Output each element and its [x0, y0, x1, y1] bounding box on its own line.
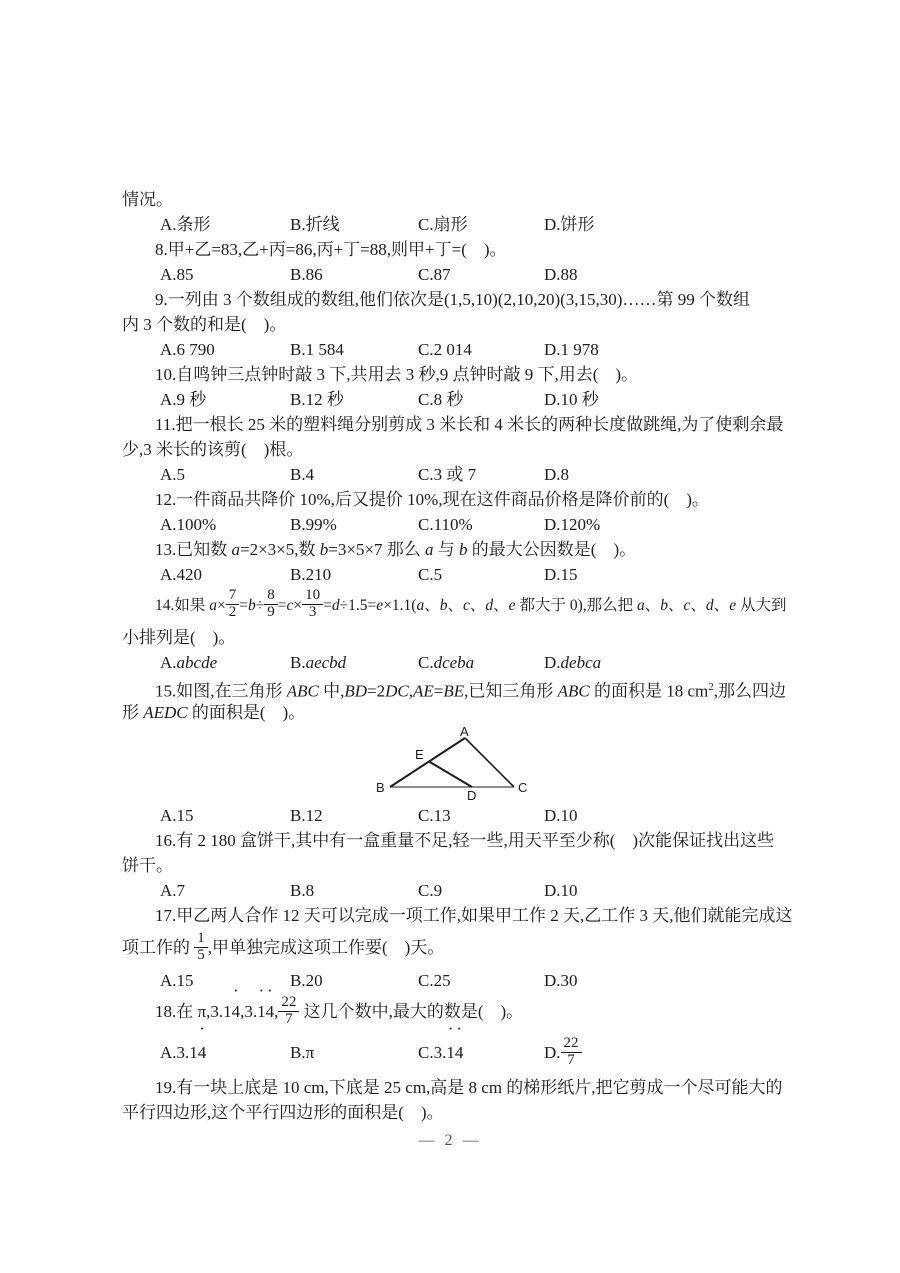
text-run: =3×5×7 那么	[328, 540, 425, 559]
option-B: B.8	[290, 878, 314, 903]
numerator: 10	[302, 588, 323, 604]
text-run: 、	[424, 597, 440, 614]
text-run: A.15	[160, 806, 194, 825]
text-run: 12.一件商品共降价 10%,后又提价 10%,现在这件商品价格是降价前的( )…	[155, 490, 709, 509]
option-B: B.12 秒	[290, 387, 344, 412]
text-run: ÷	[256, 597, 265, 614]
option-D: D.88	[544, 262, 578, 287]
math-variable: b	[320, 540, 329, 559]
option-A: A.5	[160, 462, 185, 487]
math-variable: d	[485, 597, 493, 614]
option-C: C.87	[418, 262, 451, 287]
q17-options: A.15B.20C.25D.30	[122, 968, 790, 993]
text-run: 11.把一根长 25 米的塑料绳分别剪成 3 米长和 4 米长的两种长度做跳绳,…	[155, 415, 783, 434]
numerator: 22	[278, 995, 299, 1011]
vertex-label-C: C	[518, 780, 527, 795]
text-run: B.π	[290, 1043, 314, 1062]
option-A: A.条形	[160, 212, 211, 237]
text-run: ×	[217, 597, 226, 614]
text-run: 14.如果	[155, 597, 209, 614]
text-run: 这几个数中,最大的数是( )。	[299, 1002, 523, 1021]
option-C: C.5	[418, 562, 442, 587]
repeating-decimal-digit: 1	[257, 993, 266, 1031]
text-run: D.30	[544, 971, 578, 990]
math-variable: AEDC	[143, 703, 187, 722]
q17-line1: 17.甲乙两人合作 12 天可以完成一项工作,如果甲工作 2 天,乙工作 3 天…	[122, 903, 790, 928]
page-number: — 2 —	[0, 1132, 900, 1150]
repeating-decimal-digit: 4	[455, 1031, 464, 1075]
option-C: C.110%	[418, 512, 473, 537]
text-run: C.8 秒	[418, 390, 463, 409]
numerator: 22	[561, 1036, 582, 1052]
text-run: D.88	[544, 265, 578, 284]
text-run: B.折线	[290, 215, 340, 234]
text-run: 与	[434, 540, 460, 559]
option-D: D.8	[544, 462, 569, 487]
text-run: 16.有 2 180 盒饼干,其中有一盒重量不足,轻一些,用天平至少称( )次能…	[155, 831, 774, 850]
q11-line1: 11.把一根长 25 米的塑料绳分别剪成 3 米长和 4 米长的两种长度做跳绳,…	[122, 412, 790, 437]
math-variable: b	[660, 597, 668, 614]
text-run: C.	[418, 653, 434, 672]
text-run: D.10	[544, 881, 578, 900]
option-D: D.10	[544, 803, 578, 828]
text-run: B.20	[290, 971, 323, 990]
text-run: 都大于 0),那么把	[516, 597, 637, 614]
q11-line2: 少,3 米长的该剪( )根。	[122, 437, 790, 462]
fraction: 103	[302, 588, 323, 621]
text-run: D.	[544, 1043, 561, 1062]
vertex-label-E: E	[415, 747, 424, 762]
fraction: 227	[561, 1036, 582, 1069]
side-AC	[465, 738, 514, 787]
math-variable: DC	[385, 682, 409, 701]
repeating-decimal-digit: 4	[232, 993, 241, 1031]
text-run: =	[434, 682, 444, 701]
option-D: D.120%	[544, 512, 600, 537]
math-variable: dceba	[434, 653, 475, 672]
denominator: 7	[561, 1052, 582, 1069]
text-run: A.5	[160, 465, 185, 484]
math-variable: a	[637, 597, 645, 614]
option-B: B.1 584	[290, 337, 344, 362]
text-run: A.15	[160, 971, 194, 990]
repeating-decimal-digit: 4	[198, 1031, 207, 1075]
text-run: B.12 秒	[290, 390, 344, 409]
text-run: 少,3 米长的该剪( )根。	[122, 440, 303, 459]
text-run: 8.甲+乙=83,乙+丙=86,丙+丁=88,则甲+丁=( )。	[155, 240, 507, 259]
q14-options: A.abcdeB.aecbdC.dcebaD.debca	[122, 650, 790, 675]
text-run: B.4	[290, 465, 314, 484]
option-D: D.30	[544, 968, 578, 993]
text-run: 、	[690, 597, 706, 614]
text-run: 19.有一块上底是 10 cm,下底是 25 cm,高是 8 cm 的梯形纸片,…	[155, 1078, 783, 1097]
q11-options: A.5B.4C.3 或 7D.8	[122, 462, 790, 487]
q15-options: A.15B.12C.13D.10	[122, 803, 790, 828]
text-run: B.210	[290, 565, 331, 584]
option-C: C.dceba	[418, 650, 474, 675]
text-run: 平行四边形,这个平行四边形的面积是( )。	[122, 1103, 444, 1122]
text-run: 13.已知数	[155, 540, 232, 559]
text-run: A.3.1	[160, 1043, 198, 1062]
text-run: B.12	[290, 806, 323, 825]
exam-page: 情况。A.条形B.折线C.扇形D.饼形8.甲+乙=83,乙+丙=86,丙+丁=8…	[0, 0, 900, 1273]
q9-line2: 内 3 个数的和是( )。	[122, 312, 790, 337]
text-run: D.8	[544, 465, 569, 484]
option-B: B.π	[290, 1031, 314, 1075]
option-A: A.7	[160, 878, 185, 903]
text-run: A.6 790	[160, 340, 215, 359]
q10: 10.自鸣钟三点钟时敲 3 下,共用去 3 秒,9 点钟时敲 9 下,用去( )…	[122, 362, 790, 387]
math-variable: BD	[344, 682, 367, 701]
math-variable: d	[332, 597, 340, 614]
text-run: B.1 584	[290, 340, 344, 359]
denominator: 7	[278, 1011, 299, 1028]
text-run: =2×3×5,数	[240, 540, 320, 559]
text-run: ÷1.5=	[340, 597, 377, 614]
denominator: 5	[194, 947, 208, 964]
text-run: 从大到	[736, 597, 786, 614]
denominator: 2	[226, 604, 240, 621]
option-B: B.4	[290, 462, 314, 487]
text-run: 10.自鸣钟三点钟时敲 3 下,共用去 3 秒,9 点钟时敲 9 下,用去( )…	[155, 365, 638, 384]
option-B: B.86	[290, 262, 323, 287]
text-run: A.	[160, 653, 177, 672]
text-run: A.85	[160, 265, 194, 284]
q15-figure: AEBDC	[122, 725, 790, 803]
denominator: 3	[302, 604, 323, 621]
text-run: =	[239, 597, 248, 614]
text-run: 18.在 π,3.1	[155, 1002, 232, 1021]
text-run: 的面积是 18 cm	[590, 682, 709, 701]
text-run: B.86	[290, 265, 323, 284]
option-C: C.25	[418, 968, 451, 993]
math-variable: ABC	[558, 682, 590, 701]
math-variable: a	[209, 597, 217, 614]
text-run: B.8	[290, 881, 314, 900]
math-variable: BE	[443, 682, 464, 701]
text-run: 、	[668, 597, 684, 614]
fraction: 15	[194, 931, 208, 964]
text-run: D.15	[544, 565, 578, 584]
text-run: 、	[714, 597, 730, 614]
text-run: A.100%	[160, 515, 216, 534]
text-run: 内 3 个数的和是( )。	[122, 315, 286, 334]
option-C: C.2 014	[418, 337, 472, 362]
numerator: 1	[194, 931, 208, 947]
q7-tail: 情况。	[122, 187, 790, 212]
vertex-label-D: D	[467, 788, 476, 803]
option-C: C.3.14	[418, 1031, 463, 1075]
math-variable: e	[509, 597, 516, 614]
option-B: B.aecbd	[290, 650, 346, 675]
text-run: ,甲单独完成这项工作要( )天。	[208, 938, 445, 957]
q9-options: A.6 790B.1 584C.2 014D.1 978	[122, 337, 790, 362]
option-A: A.9 秒	[160, 387, 206, 412]
option-A: A.15	[160, 968, 194, 993]
text-run: C.扇形	[418, 215, 468, 234]
option-B: B.折线	[290, 212, 340, 237]
fraction: 89	[264, 588, 278, 621]
text-run: B.	[290, 653, 306, 672]
triangle-diagram: AEBDC	[370, 725, 540, 803]
option-D: D.1 978	[544, 337, 599, 362]
option-A: A.3.14	[160, 1031, 206, 1075]
text-run: 、	[645, 597, 661, 614]
text-run: 中,	[319, 682, 345, 701]
repeating-decimal-digit: 4	[266, 993, 275, 1031]
q13-options: A.420B.210C.5D.15	[122, 562, 790, 587]
fraction: 227	[278, 995, 299, 1028]
text-run: D.	[544, 653, 561, 672]
option-D: D.15	[544, 562, 578, 587]
q15-line2: 形 AEDC 的面积是( )。	[122, 700, 790, 725]
math-variable: a	[232, 540, 241, 559]
q16-line1: 16.有 2 180 盒饼干,其中有一盒重量不足,轻一些,用天平至少称( )次能…	[122, 828, 790, 853]
text-run: ,已知三角形	[464, 682, 558, 701]
math-variable: d	[706, 597, 714, 614]
math-variable: debca	[561, 653, 602, 672]
text-run: D.120%	[544, 515, 600, 534]
option-D: D.debca	[544, 650, 601, 675]
text-run: 项工作的	[122, 938, 194, 957]
math-variable: ABC	[287, 682, 319, 701]
option-B: B.12	[290, 803, 323, 828]
text-run: 小排列是( )。	[122, 628, 235, 647]
text-run: C.3.	[418, 1043, 446, 1062]
text-run: B.99%	[290, 515, 337, 534]
option-D: D.10 秒	[544, 387, 599, 412]
q16-line2: 饼干。	[122, 853, 790, 878]
text-run: C.110%	[418, 515, 473, 534]
text-run: 、	[493, 597, 509, 614]
option-A: A.abcde	[160, 650, 217, 675]
math-variable: AE	[413, 682, 434, 701]
text-run: A.420	[160, 565, 202, 584]
option-C: C.3 或 7	[418, 462, 476, 487]
denominator: 9	[264, 604, 278, 621]
option-C: C.9	[418, 878, 442, 903]
math-variable: abcde	[177, 653, 218, 672]
text-run: 的面积是( )。	[188, 703, 306, 722]
text-run: =	[323, 597, 332, 614]
math-variable: aecbd	[306, 653, 347, 672]
q16-options: A.7B.8C.9D.10	[122, 878, 790, 903]
q15-line1: 15.如图,在三角形 ABC 中,BD=2DC,AE=BE,已知三角形 ABC …	[122, 675, 790, 700]
text-run: 、	[447, 597, 463, 614]
option-A: A.420	[160, 562, 202, 587]
text-run: C.25	[418, 971, 451, 990]
text-run: =2	[367, 682, 385, 701]
text-run: ,那么四边	[714, 682, 786, 701]
math-variable: c	[463, 597, 470, 614]
math-variable: a	[425, 540, 434, 559]
text-run: D.10	[544, 806, 578, 825]
option-A: A.100%	[160, 512, 216, 537]
q19-line2: 平行四边形,这个平行四边形的面积是( )。	[122, 1100, 790, 1125]
option-D: D.饼形	[544, 212, 595, 237]
option-B: B.20	[290, 968, 323, 993]
text-run: C.3 或 7	[418, 465, 476, 484]
repeating-decimal-digit: 1	[446, 1031, 455, 1075]
math-variable: b	[459, 540, 468, 559]
q17-line2: 项工作的 15,甲单独完成这项工作要( )天。	[122, 928, 790, 968]
option-A: A.85	[160, 262, 194, 287]
segment-ED	[429, 762, 472, 788]
side-BA	[390, 738, 465, 787]
option-B: B.99%	[290, 512, 337, 537]
text-run: 17.甲乙两人合作 12 天可以完成一项工作,如果甲工作 2 天,乙工作 3 天…	[155, 906, 793, 925]
q19-line1: 19.有一块上底是 10 cm,下底是 25 cm,高是 8 cm 的梯形纸片,…	[122, 1075, 790, 1100]
vertex-label-A: A	[460, 725, 469, 739]
text-run: C.2 014	[418, 340, 472, 359]
text-run: D.10 秒	[544, 390, 599, 409]
option-A: A.15	[160, 803, 194, 828]
q8-options: A.85B.86C.87D.88	[122, 262, 790, 287]
q10-options: A.9 秒B.12 秒C.8 秒D.10 秒	[122, 387, 790, 412]
q12: 12.一件商品共降价 10%,后又提价 10%,现在这件商品价格是降价前的( )…	[122, 487, 790, 512]
option-D: D.227	[544, 1031, 582, 1075]
text-run: 形	[122, 703, 143, 722]
text-run: C.9	[418, 881, 442, 900]
text-run: 的最大公因数是( )。	[468, 540, 637, 559]
q18-options: A.3.14B.πC.3.14D.227	[122, 1031, 790, 1075]
q13: 13.已知数 a=2×3×5,数 b=3×5×7 那么 a 与 b 的最大公因数…	[122, 537, 790, 562]
option-D: D.10	[544, 878, 578, 903]
numerator: 8	[264, 588, 278, 604]
option-A: A.6 790	[160, 337, 215, 362]
fraction: 72	[226, 588, 240, 621]
q8: 8.甲+乙=83,乙+丙=86,丙+丁=88,则甲+丁=( )。	[122, 237, 790, 262]
text-run: A.条形	[160, 215, 211, 234]
text-run: ,3.	[240, 1002, 257, 1021]
option-B: B.210	[290, 562, 331, 587]
text-run: ×1.1(	[383, 597, 416, 614]
text-run: C.5	[418, 565, 442, 584]
option-C: C.扇形	[418, 212, 468, 237]
option-C: C.13	[418, 803, 451, 828]
q7-options: A.条形B.折线C.扇形D.饼形	[122, 212, 790, 237]
text-run: 9.一列由 3 个数组成的数组,他们依次是(1,5,10)(2,10,20)(3…	[155, 290, 750, 309]
text-run: C.13	[418, 806, 451, 825]
text-run: 15.如图,在三角形	[155, 682, 287, 701]
math-variable: b	[248, 597, 256, 614]
numerator: 7	[226, 588, 240, 604]
text-run: 、	[470, 597, 486, 614]
text-run: 饼干。	[122, 856, 173, 875]
text-run: ×	[293, 597, 302, 614]
text-run: C.87	[418, 265, 451, 284]
text-run: A.9 秒	[160, 390, 206, 409]
text-run: D.饼形	[544, 215, 595, 234]
text-run: 情况。	[122, 190, 173, 209]
q14-line1: 14.如果 a×72=b÷89=c×103=d÷1.5=e×1.1(a、b、c、…	[122, 587, 790, 625]
vertex-label-B: B	[376, 780, 385, 795]
option-C: C.8 秒	[418, 387, 463, 412]
q14-line2: 小排列是( )。	[122, 625, 790, 650]
text-run: =	[278, 597, 287, 614]
question-list: 情况。A.条形B.折线C.扇形D.饼形8.甲+乙=83,乙+丙=86,丙+丁=8…	[122, 187, 790, 1125]
q9-line1: 9.一列由 3 个数组成的数组,他们依次是(1,5,10)(2,10,20)(3…	[122, 287, 790, 312]
q12-options: A.100%B.99%C.110%D.120%	[122, 512, 790, 537]
text-run: D.1 978	[544, 340, 599, 359]
text-run: A.7	[160, 881, 185, 900]
